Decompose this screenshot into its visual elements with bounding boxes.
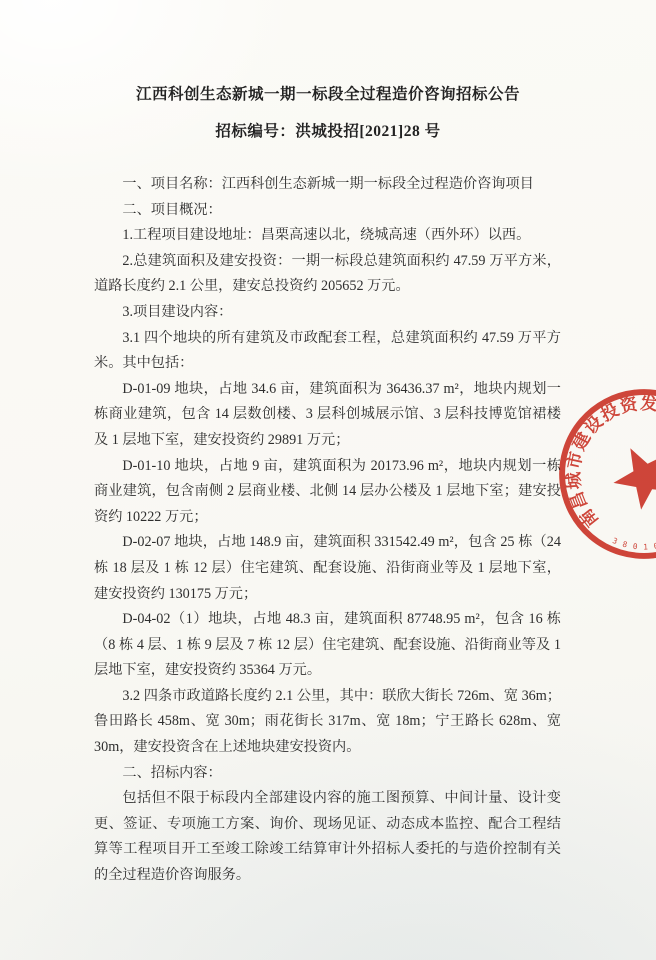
paragraph-tender-heading: 二、招标内容： <box>94 761 561 787</box>
paragraph-plots-summary: 3.1 四个地块的所有建筑及市政配套工程，总建筑面积约 47.59 万平方米。其… <box>94 326 561 377</box>
seal-star-icon <box>603 434 656 516</box>
paragraph-plot-d0110: D-01-10 地块，占地 9 亩，建筑面积为 20173.96 m²，地块内规… <box>94 454 561 531</box>
scanned-document-page: 江西科创生态新城一期一标段全过程造价咨询招标公告 招标编号：洪城投招[2021]… <box>0 0 656 960</box>
paragraph-total-area: 2.总建筑面积及建安投资：一期一标段总建筑面积约 47.59 万平方米，道路长度… <box>94 249 561 300</box>
paragraph-site-address: 1.工程项目建设地址：昌栗高速以北，绕城高速（西外环）以西。 <box>94 223 561 249</box>
title-block: 江西科创生态新城一期一标段全过程造价咨询招标公告 招标编号：洪城投招[2021]… <box>0 0 656 141</box>
svg-text:3801000062568: 3801000062568 <box>608 481 656 571</box>
paragraph-content-heading: 3.项目建设内容： <box>94 300 561 326</box>
paragraph-tender-scope: 包括但不限于标段内全部建设内容的施工图预算、中间计量、设计变更、签证、专项施工方… <box>94 786 561 888</box>
document-title: 江西科创生态新城一期一标段全过程造价咨询招标公告 <box>0 82 656 104</box>
tender-number: 招标编号：洪城投招[2021]28 号 <box>0 119 656 141</box>
paragraph-roads: 3.2 四条市政道路长度约 2.1 公里，其中：联欣大街长 726m、宽 36m… <box>94 684 561 761</box>
paragraph-overview-heading: 二、项目概况： <box>94 198 561 224</box>
paragraph-project-name: 一、项目名称：江西科创生态新城一期一标段全过程造价咨询项目 <box>94 172 561 198</box>
paragraph-plot-d0402: D-04-02（1）地块，占地 48.3 亩，建筑面积 87748.95 m²，… <box>94 607 561 684</box>
paragraph-plot-d0109: D-01-09 地块，占地 34.6 亩，建筑面积为 36436.37 m²，地… <box>94 377 561 454</box>
seal-number-text: 3801000062568 <box>608 481 656 571</box>
document-body: 一、项目名称：江西科创生态新城一期一标段全过程造价咨询项目 二、项目概况： 1.… <box>94 172 561 889</box>
paragraph-plot-d0207: D-02-07 地块，占地 148.9 亩，建筑面积 331542.49 m²，… <box>94 530 561 607</box>
